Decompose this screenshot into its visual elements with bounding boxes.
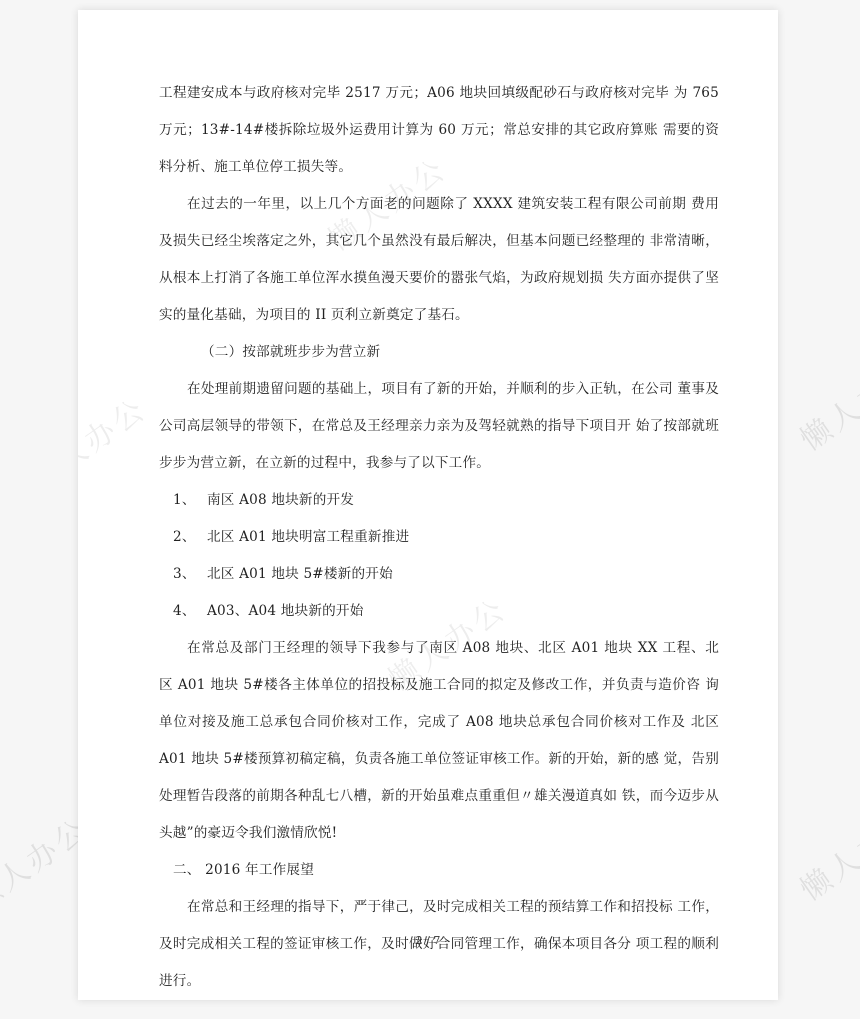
paragraph: 在常总及部门王经理的领导下我参与了南区 A08 地块、北区 A01 地块 XX … <box>159 630 719 852</box>
paragraph: 在处理前期遗留问题的基础上，项目有了新的开始，并顺利的步入正轨，在公司 董事及公… <box>159 371 719 482</box>
list-number: 1、 <box>173 482 207 519</box>
list-text: 北区 A01 地块 5#楼新的开始 <box>207 566 393 582</box>
list-number: 2、 <box>173 519 207 556</box>
document-viewer: 懒人办公 懒人办公 懒人办公 懒人办公 懒人办公 懒人办公 工程建安成本与政府核… <box>0 0 860 1019</box>
watermark: 懒人办公 <box>78 385 154 499</box>
list-text: A03、A04 地块新的开始 <box>207 603 364 619</box>
page-content: 工程建安成本与政府核对完毕 2517 万元；A06 地块回填级配砂石与政府核对完… <box>159 75 719 1000</box>
paragraph: 在过去的一年里，以上几个方面老的问题除了 XXXX 建筑安装工程有限公司前期 费… <box>159 186 719 334</box>
list-number: 3、 <box>173 556 207 593</box>
list-text: 南区 A08 地块新的开发 <box>207 492 354 508</box>
section-heading: 二、 2016 年工作展望 <box>159 852 719 889</box>
watermark: 懒人办公 <box>790 345 860 459</box>
list-number: 4、 <box>173 593 207 630</box>
paragraph-continuation: 工程建安成本与政府核对完毕 2517 万元；A06 地块回填级配砂石与政府核对完… <box>159 75 719 186</box>
watermark: 懒人办公 <box>790 795 860 909</box>
list-item: 4、A03、A04 地块新的开始 <box>159 593 719 630</box>
document-page: 懒人办公 懒人办公 懒人办公 工程建安成本与政府核对完毕 2517 万元；A06… <box>78 10 778 1000</box>
list-item: 1、南区 A08 地块新的开发 <box>159 482 719 519</box>
page-number: 2 / 7 <box>78 934 778 947</box>
section-heading: （二）按部就班步步为营立新 <box>159 334 719 371</box>
list-text: 北区 A01 地块明富工程重新推进 <box>207 529 409 545</box>
list-item: 2、北区 A01 地块明富工程重新推进 <box>159 519 719 556</box>
list-item: 3、北区 A01 地块 5#楼新的开始 <box>159 556 719 593</box>
